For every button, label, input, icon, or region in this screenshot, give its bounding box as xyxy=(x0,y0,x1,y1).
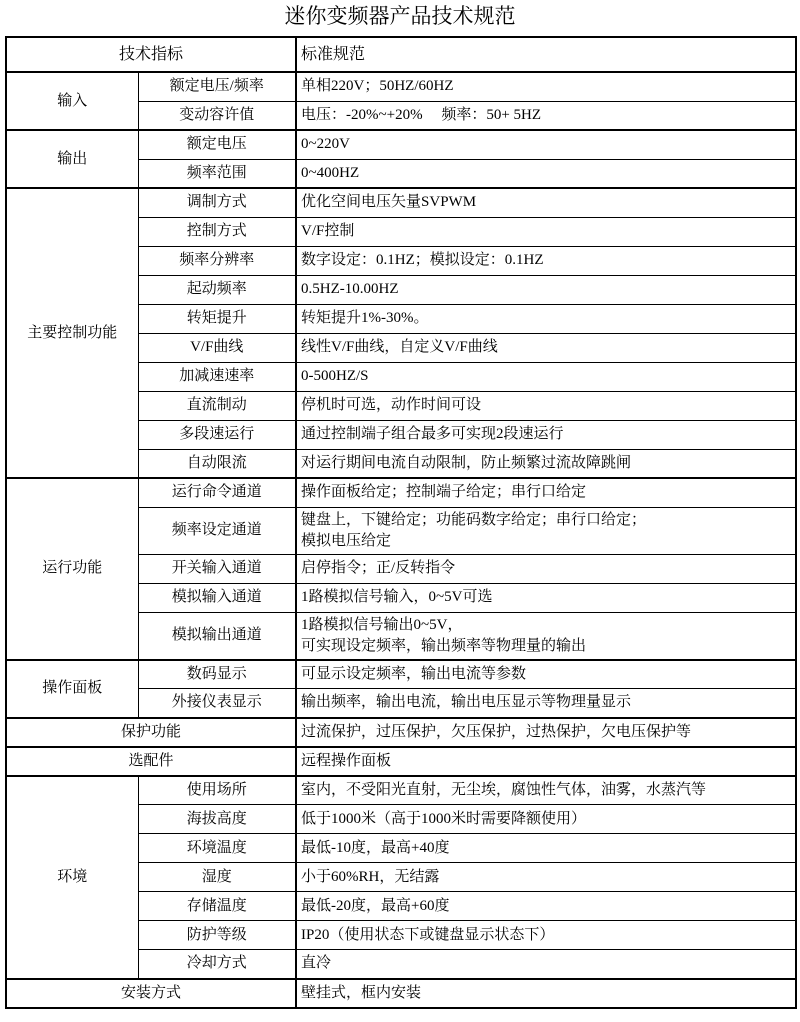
category-cell-operation-panel: 操作面板 xyxy=(6,660,138,718)
value-cell: 0.5HZ-10.00HZ xyxy=(296,275,796,304)
header-standard-spec: 标准规范 xyxy=(296,37,796,72)
item-cell: 海拔高度 xyxy=(138,805,296,834)
category-cell-options: 选配件 xyxy=(6,747,296,776)
value-cell: 小于60%RH，无结露 xyxy=(296,863,796,892)
value-cell: 单相220V；50HZ/60HZ xyxy=(296,72,796,101)
item-cell: 自动限流 xyxy=(138,449,296,478)
item-cell: 使用场所 xyxy=(138,776,296,805)
value-cell: 1路模拟信号输出0~5V， 可实现设定频率，输出频率等物理量的输出 xyxy=(296,612,796,660)
value-cell: V/F控制 xyxy=(296,217,796,246)
category-cell-installation: 安装方式 xyxy=(6,979,296,1008)
value-cell: 0-500HZ/S xyxy=(296,362,796,391)
table-row: 保护功能 过流保护，过压保护，欠压保护，过热保护，欠电压保护等 xyxy=(6,718,796,747)
table-row: 运行功能 运行命令通道 操作面板给定；控制端子给定；串行口给定 xyxy=(6,478,796,507)
category-cell-main-control: 主要控制功能 xyxy=(6,188,138,478)
header-tech-indicator: 技术指标 xyxy=(6,37,296,72)
value-cell: 停机时可选，动作时间可设 xyxy=(296,391,796,420)
value-cell: 线性V/F曲线，自定义V/F曲线 xyxy=(296,333,796,362)
item-cell: 模拟输出通道 xyxy=(138,612,296,660)
item-cell: 环境温度 xyxy=(138,834,296,863)
item-cell: 外接仪表显示 xyxy=(138,689,296,718)
item-cell: 频率设定通道 xyxy=(138,507,296,554)
category-cell-output: 输出 xyxy=(6,130,138,188)
category-cell-protection: 保护功能 xyxy=(6,718,296,747)
item-cell: 起动频率 xyxy=(138,275,296,304)
item-cell: 模拟输入通道 xyxy=(138,583,296,612)
item-cell: 调制方式 xyxy=(138,188,296,217)
value-cell: 直冷 xyxy=(296,950,796,979)
value-cell: 电压：-20%~+20% 频率：50+ 5HZ xyxy=(296,101,796,130)
value-cell: 可显示设定频率，输出电流等参数 xyxy=(296,660,796,689)
value-cell: 输出频率，输出电流，输出电压显示等物理量显示 xyxy=(296,689,796,718)
category-cell-input: 输入 xyxy=(6,72,138,130)
value-cell: 最低-20度，最高+60度 xyxy=(296,892,796,921)
table-row: 主要控制功能 调制方式 优化空间电压矢量SVPWM xyxy=(6,188,796,217)
item-cell: 加减速速率 xyxy=(138,362,296,391)
item-cell: 额定电压 xyxy=(138,130,296,159)
value-cell: 远程操作面板 xyxy=(296,747,796,776)
item-cell: 防护等级 xyxy=(138,921,296,950)
item-cell: 冷却方式 xyxy=(138,950,296,979)
table-header-row: 技术指标 标准规范 xyxy=(6,37,796,72)
item-cell: 湿度 xyxy=(138,863,296,892)
table-row: 输入 额定电压/频率 单相220V；50HZ/60HZ xyxy=(6,72,796,101)
table-row: 环境 使用场所 室内，不受阳光直射，无尘埃，腐蚀性气体，油雾，水蒸汽等 xyxy=(6,776,796,805)
table-row: 操作面板 数码显示 可显示设定频率，输出电流等参数 xyxy=(6,660,796,689)
item-cell: 多段速运行 xyxy=(138,420,296,449)
value-cell: 过流保护，过压保护，欠压保护，过热保护，欠电压保护等 xyxy=(296,718,796,747)
category-cell-run-function: 运行功能 xyxy=(6,478,138,660)
value-cell: 优化空间电压矢量SVPWM xyxy=(296,188,796,217)
value-cell: 对运行期间电流自动限制，防止频繁过流故障跳闸 xyxy=(296,449,796,478)
value-cell: IP20（使用状态下或键盘显示状态下） xyxy=(296,921,796,950)
item-cell: 直流制动 xyxy=(138,391,296,420)
value-cell: 操作面板给定；控制端子给定；串行口给定 xyxy=(296,478,796,507)
item-cell: 变动容许值 xyxy=(138,101,296,130)
item-cell: 额定电压/频率 xyxy=(138,72,296,101)
item-cell: V/F曲线 xyxy=(138,333,296,362)
value-cell: 数字设定：0.1HZ；模拟设定：0.1HZ xyxy=(296,246,796,275)
category-cell-environment: 环境 xyxy=(6,776,138,979)
item-cell: 控制方式 xyxy=(138,217,296,246)
value-cell: 转矩提升1%-30%。 xyxy=(296,304,796,333)
value-cell: 0~220V xyxy=(296,130,796,159)
item-cell: 开关输入通道 xyxy=(138,554,296,583)
value-cell: 通过控制端子组合最多可实现2段速运行 xyxy=(296,420,796,449)
item-cell: 频率分辨率 xyxy=(138,246,296,275)
spec-document-page: 迷你变频器产品技术规范 技术指标 标准规范 输入 额定电压/频率 单相220V；… xyxy=(0,0,800,1022)
item-cell: 存储温度 xyxy=(138,892,296,921)
value-cell: 键盘上，下键给定；功能码数字给定；串行口给定； 模拟电压给定 xyxy=(296,507,796,554)
table-row: 选配件 远程操作面板 xyxy=(6,747,796,776)
table-row: 输出 额定电压 0~220V xyxy=(6,130,796,159)
table-row: 安装方式 壁挂式，框内安装 xyxy=(6,979,796,1008)
spec-table: 技术指标 标准规范 输入 额定电压/频率 单相220V；50HZ/60HZ 变动… xyxy=(5,36,797,1009)
item-cell: 运行命令通道 xyxy=(138,478,296,507)
value-cell: 壁挂式，框内安装 xyxy=(296,979,796,1008)
value-cell: 启停指令；正/反转指令 xyxy=(296,554,796,583)
value-cell: 室内，不受阳光直射，无尘埃，腐蚀性气体，油雾，水蒸汽等 xyxy=(296,776,796,805)
value-cell: 1路模拟信号输入，0~5V可选 xyxy=(296,583,796,612)
item-cell: 频率范围 xyxy=(138,159,296,188)
value-cell: 低于1000米（高于1000米时需要降额使用） xyxy=(296,805,796,834)
page-title: 迷你变频器产品技术规范 xyxy=(5,4,795,29)
item-cell: 转矩提升 xyxy=(138,304,296,333)
item-cell: 数码显示 xyxy=(138,660,296,689)
value-cell: 0~400HZ xyxy=(296,159,796,188)
value-cell: 最低-10度，最高+40度 xyxy=(296,834,796,863)
